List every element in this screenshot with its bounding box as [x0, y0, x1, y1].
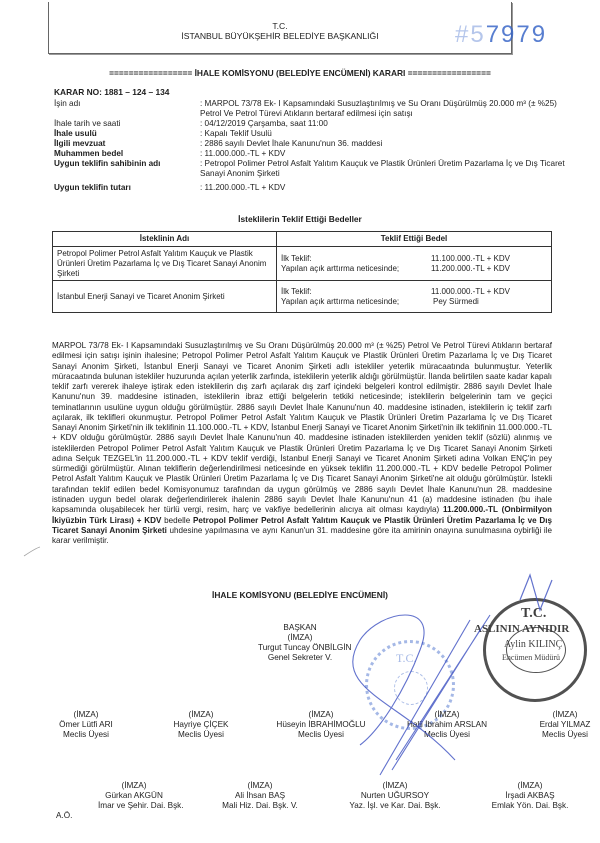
registration-number: 7979 — [486, 21, 547, 48]
field-label: İhale usulü — [54, 129, 200, 139]
signature-name: Ali İhsan BAŞ — [212, 791, 308, 801]
signature-role: Genel Sekreter V. — [258, 653, 342, 663]
signature-president: BAŞKAN (İMZA) Turgut Tuncay ÖNBİLGİN Gen… — [258, 623, 342, 663]
field-tender-method: İhale usulü : Kapalı Teklif Usulü — [54, 129, 574, 139]
signature-mark: (İMZA) — [404, 710, 490, 720]
signature-role: Mali Hiz. Dai. Bşk. V. — [212, 801, 308, 811]
signature-role: İmar ve Şehir. Dai. Bşk. — [86, 801, 182, 811]
signature-role: Emlak Yön. Dai. Bşk. — [480, 801, 580, 811]
bidder-name: İstanbul Enerji Sanayi ve Ticaret Anonim… — [53, 281, 277, 313]
signature-member: (İMZA) Ömer Lütfi ARI Meclis Üyesi — [51, 710, 121, 740]
signature-mark: (İMZA) — [258, 633, 342, 643]
signature-member: (İMZA) Hayriye ÇİÇEK Meclis Üyesi — [166, 710, 236, 740]
signature-title: BAŞKAN — [258, 623, 342, 633]
field-label: İhale tarih ve saati — [54, 119, 200, 129]
signature-name: Nurten UĞURSOY — [340, 791, 450, 801]
seal-inner-ring — [394, 671, 428, 705]
signature-member: (İMZA) Ali İhsan BAŞ Mali Hiz. Dai. Bşk.… — [212, 781, 308, 811]
registration-number-prefix: #5 — [455, 21, 486, 48]
signature-member: (İMZA) İrşadi AKBAŞ Emlak Yön. Dai. Bşk. — [480, 781, 580, 811]
bid-values: İlk Teklif:11.000.000.-TL + KDV Yapılan … — [277, 281, 552, 313]
header-bidder-name: İsteklinin Adı — [53, 232, 277, 247]
table-row: Petropol Polimer Petrol Asfalt Yalıtım K… — [53, 247, 552, 281]
signature-name: Turgut Tuncay ÖNBİLGİN — [258, 643, 342, 653]
bid-values: İlk Teklif:11.100.000.-TL + KDV Yapılan … — [277, 247, 552, 281]
field-value: : 04/12/2019 Çarşamba, saat 11:00 — [200, 119, 574, 129]
auction-label: Yapılan açık arttırma neticesinde; — [281, 297, 431, 307]
signature-mark: (İMZA) — [276, 710, 366, 720]
field-label: İlgili mevzuat — [54, 139, 200, 149]
header-box: T.C. İSTANBUL BÜYÜKŞEHİR BELEDİYE BAŞKAN… — [48, 2, 512, 54]
bids-title: İsteklilerin Teklif Ettiği Bedeller — [0, 214, 600, 224]
signature-role: Meclis Üyesi — [51, 730, 121, 740]
first-offer-label: İlk Teklif: — [281, 287, 431, 297]
signature-name: Hayriye ÇİÇEK — [166, 720, 236, 730]
first-offer-value: 11.100.000.-TL + KDV — [431, 254, 510, 264]
signature-mark: (İMZA) — [532, 710, 598, 720]
stamp-line-2: Aylin KILINÇ — [504, 639, 562, 651]
field-value: : 11.000.000.-TL + KDV — [200, 149, 574, 159]
signature-name: Ömer Lütfi ARI — [51, 720, 121, 730]
stamp-tc: T.C. — [521, 605, 546, 622]
signature-extra: A.Ö. — [56, 811, 182, 821]
signature-name: Gürkan AKGÜN — [86, 791, 182, 801]
table-row: İstanbul Enerji Sanayi ve Ticaret Anonim… — [53, 281, 552, 313]
signature-role: Yaz. İşl. ve Kar. Dai. Bşk. — [340, 801, 450, 811]
field-label: Uygun teklifin tutarı — [54, 183, 200, 193]
decision-title: ================= İHALE KOMİSYONU (BELED… — [0, 68, 600, 78]
signature-name: Hüseyin İBRAHİMOĞLU — [276, 720, 366, 730]
field-job-name: İşin adı : MARPOL 73/78 Ek- I Kapsamında… — [54, 99, 574, 119]
header-organization: İSTANBUL BÜYÜKŞEHİR BELEDİYE BAŞKANLIĞI — [49, 31, 511, 41]
signature-mark: (İMZA) — [212, 781, 308, 791]
field-value: : MARPOL 73/78 Ek- I Kapsamındaki Susuzl… — [200, 99, 574, 119]
registration-number-stamp: #57979 — [455, 20, 547, 49]
signature-mark: (İMZA) — [51, 710, 121, 720]
signature-mark: (İMZA) — [480, 781, 580, 791]
signature-role: Meclis Üyesi — [532, 730, 598, 740]
field-winning-amount: Uygun teklifin tutarı : 11.200.000.-TL +… — [54, 183, 574, 193]
auction-label: Yapılan açık arttırma neticesinde; — [281, 264, 431, 274]
bids-header-row: İsteklinin Adı Teklif Ettiği Bedel — [53, 232, 552, 247]
header-tc: T.C. — [49, 21, 511, 31]
signature-role: Meclis Üyesi — [276, 730, 366, 740]
signature-role: Meclis Üyesi — [166, 730, 236, 740]
field-value: : 11.200.000.-TL + KDV — [200, 183, 574, 193]
signature-member: (İMZA) Hüseyin İBRAHİMOĞLU Meclis Üyesi — [276, 710, 366, 740]
signature-mark: (İMZA) — [86, 781, 182, 791]
signature-mark: (İMZA) — [166, 710, 236, 720]
signature-role: Meclis Üyesi — [404, 730, 490, 740]
first-offer-value: 11.000.000.-TL + KDV — [431, 287, 510, 297]
auction-value: Pey Sürmedi — [431, 297, 479, 307]
signature-member: (İMZA) Erdal YILMAZ Meclis Üyesi — [532, 710, 598, 740]
tender-fields: İşin adı : MARPOL 73/78 Ek- I Kapsamında… — [54, 99, 574, 193]
body-text-main: MARPOL 73/78 Ek- I Kapsamındaki Susuzlaş… — [52, 341, 552, 514]
signature-member: (İMZA) Halil İbrahim ARSLAN Meclis Üyesi — [404, 710, 490, 740]
field-label: Muhammen bedel — [54, 149, 200, 159]
commission-title: İHALE KOMİSYONU (BELEDİYE ENCÜMENİ) — [0, 590, 600, 600]
field-label: İşin adı — [54, 99, 200, 119]
body-text-mid: bedelle — [161, 516, 193, 525]
field-value: : 2886 sayılı Devlet İhale Kanunu'nun 36… — [200, 139, 574, 149]
decision-body: MARPOL 73/78 Ek- I Kapsamındaki Susuzlaş… — [52, 341, 552, 546]
seal-tc: T.C. — [396, 651, 416, 666]
stamp-line-3: Encümen Müdürü — [502, 653, 560, 663]
signature-name: İrşadi AKBAŞ — [480, 791, 580, 801]
field-value: : Kapalı Teklif Usulü — [200, 129, 574, 139]
signature-name: Halil İbrahim ARSLAN — [404, 720, 490, 730]
field-legislation: İlgili mevzuat : 2886 sayılı Devlet İhal… — [54, 139, 574, 149]
bids-table: İsteklinin Adı Teklif Ettiği Bedel Petro… — [52, 231, 552, 313]
certified-copy-stamp: T.C. ASLININ AYNIDIR Aylin KILINÇ Encüme… — [483, 598, 587, 702]
signature-name: Erdal YILMAZ — [532, 720, 598, 730]
header-offered-price: Teklif Ettiği Bedel — [277, 232, 552, 247]
first-offer-label: İlk Teklif: — [281, 254, 431, 264]
signature-member: (İMZA) Nurten UĞURSOY Yaz. İşl. ve Kar. … — [340, 781, 450, 811]
field-value: : Petropol Polimer Petrol Asfalt Yalıtım… — [200, 159, 574, 179]
stamp-line-1: ASLININ AYNIDIR — [474, 623, 569, 636]
signature-member: (İMZA) Gürkan AKGÜN İmar ve Şehir. Dai. … — [86, 781, 182, 821]
field-label: Uygun teklifin sahibinin adı — [54, 159, 200, 179]
karar-no: KARAR NO: 1881 – 124 – 134 — [54, 87, 169, 97]
field-estimated-price: Muhammen bedel : 11.000.000.-TL + KDV — [54, 149, 574, 159]
auction-value: 11.200.000.-TL + KDV — [431, 264, 510, 274]
field-winning-bidder: Uygun teklifin sahibinin adı : Petropol … — [54, 159, 574, 179]
bidder-name: Petropol Polimer Petrol Asfalt Yalıtım K… — [53, 247, 277, 281]
field-tender-date: İhale tarih ve saati : 04/12/2019 Çarşam… — [54, 119, 574, 129]
signature-mark: (İMZA) — [340, 781, 450, 791]
